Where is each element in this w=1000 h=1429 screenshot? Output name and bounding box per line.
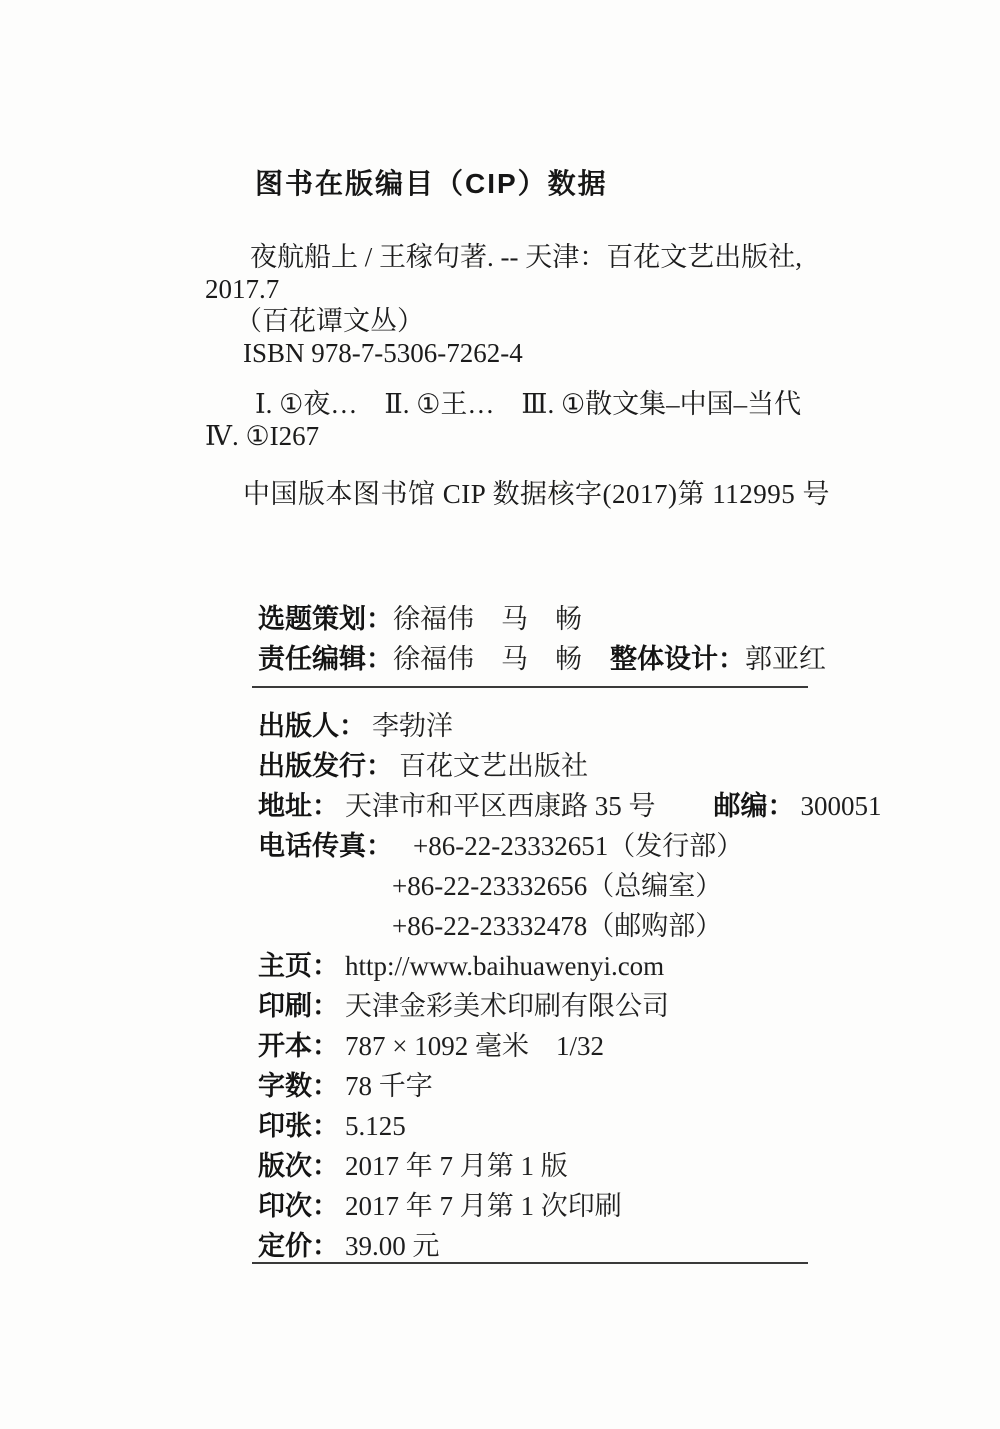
cip-data-block: 图书在版编目（CIP）数据 夜航船上 / 王稼句著. -- 天津：百花文艺出版社…	[205, 168, 885, 510]
postcode-value: 300051	[801, 791, 882, 821]
pub-value: +86-22-23332651（发行部）	[413, 831, 743, 861]
pub-row-publisher: 出版发行：百花文艺出版社	[258, 746, 898, 786]
pub-value: 5.125	[345, 1111, 406, 1141]
pub-label: 主页：	[258, 951, 339, 981]
pub-row-wordcount: 字数：78 千字	[258, 1066, 898, 1106]
pub-label: 电话传真：	[258, 831, 393, 861]
pub-row-printer: 印刷：天津金彩美术印刷有限公司	[258, 986, 898, 1026]
divider-line-top	[252, 686, 808, 688]
postcode-label: 邮编：	[714, 791, 795, 821]
pub-row-sheets: 印张：5.125	[258, 1106, 898, 1146]
pub-row-address: 地址：天津市和平区西康路 35 号邮编：300051	[258, 786, 898, 826]
credits-block: 选题策划：徐福伟 马 畅 责任编辑：徐福伟 马 畅整体设计：郭亚红	[258, 599, 878, 679]
credits-row-editor: 责任编辑：徐福伟 马 畅整体设计：郭亚红	[258, 639, 878, 679]
pub-row-phone-3: +86-22-23332478（邮购部）	[258, 906, 898, 946]
pub-label: 地址：	[258, 791, 339, 821]
book-copyright-page: 图书在版编目（CIP）数据 夜航船上 / 王稼句著. -- 天津：百花文艺出版社…	[0, 0, 1000, 1429]
pub-row-homepage: 主页：http://www.baihuawenyi.com	[258, 946, 898, 986]
pub-label: 定价：	[258, 1231, 339, 1261]
planning-value: 徐福伟 马 畅	[393, 604, 582, 634]
cip-classification-line1: Ⅰ. ①夜… Ⅱ. ①王… Ⅲ. ①散文集–中国–当代	[255, 388, 885, 420]
pub-row-publisher-person: 出版人：李勃洋	[258, 706, 898, 746]
pub-value: 2017 年 7 月第 1 版	[345, 1151, 568, 1181]
pub-row-format: 开本：787 × 1092 毫米 1/32	[258, 1026, 898, 1066]
pub-value: 天津金彩美术印刷有限公司	[345, 991, 669, 1021]
pub-row-phone-1: 电话传真：+86-22-23332651（发行部）	[258, 826, 898, 866]
cip-record-line2: 2017.7	[205, 273, 885, 305]
pub-row-printing: 印次：2017 年 7 月第 1 次印刷	[258, 1186, 898, 1226]
pub-value: 78 千字	[345, 1071, 433, 1101]
cip-title: 图书在版编目（CIP）数据	[255, 168, 885, 200]
pub-label: 印次：	[258, 1191, 339, 1221]
pub-label: 版次：	[258, 1151, 339, 1181]
pub-label: 出版发行：	[258, 751, 393, 781]
pub-value: +86-22-23332656（总编室）	[392, 871, 722, 901]
pub-value: 787 × 1092 毫米 1/32	[345, 1031, 604, 1061]
cip-isbn-line: ISBN 978-7-5306-7262-4	[243, 337, 885, 369]
pub-label: 印张：	[258, 1111, 339, 1141]
homepage-url: http://www.baihuawenyi.com	[345, 951, 664, 981]
credits-row-planning: 选题策划：徐福伟 马 畅	[258, 599, 878, 639]
pub-value: +86-22-23332478（邮购部）	[392, 911, 722, 941]
pub-label: 出版人：	[258, 711, 366, 741]
pub-row-edition: 版次：2017 年 7 月第 1 版	[258, 1146, 898, 1186]
cip-record-line1: 夜航船上 / 王稼句著. -- 天津：百花文艺出版社,	[250, 241, 885, 273]
pub-label: 字数：	[258, 1071, 339, 1101]
pub-label: 印刷：	[258, 991, 339, 1021]
divider-line-bottom	[252, 1262, 808, 1264]
pub-value: 李勃洋	[372, 711, 453, 741]
pub-row-price: 定价：39.00 元	[258, 1226, 898, 1266]
publication-details-block: 出版人：李勃洋 出版发行：百花文艺出版社 地址：天津市和平区西康路 35 号邮编…	[258, 706, 898, 1266]
design-label: 整体设计：	[610, 644, 745, 674]
cip-registry-line: 中国版本图书馆 CIP 数据核字(2017)第 112995 号	[243, 478, 885, 510]
pub-value: 天津市和平区西康路 35 号	[345, 791, 656, 821]
pub-label: 开本：	[258, 1031, 339, 1061]
pub-value: 2017 年 7 月第 1 次印刷	[345, 1191, 622, 1221]
editor-value: 徐福伟 马 畅	[393, 644, 582, 674]
editor-label: 责任编辑：	[258, 644, 393, 674]
pub-value: 39.00 元	[345, 1231, 440, 1261]
planning-label: 选题策划：	[258, 604, 393, 634]
pub-row-phone-2: +86-22-23332656（总编室）	[258, 866, 898, 906]
pub-value: 百花文艺出版社	[399, 751, 588, 781]
design-value: 郭亚红	[745, 644, 826, 674]
cip-series-note: （百花谭文丛）	[235, 305, 885, 337]
cip-classification-line2: Ⅳ. ①I267	[205, 420, 885, 452]
